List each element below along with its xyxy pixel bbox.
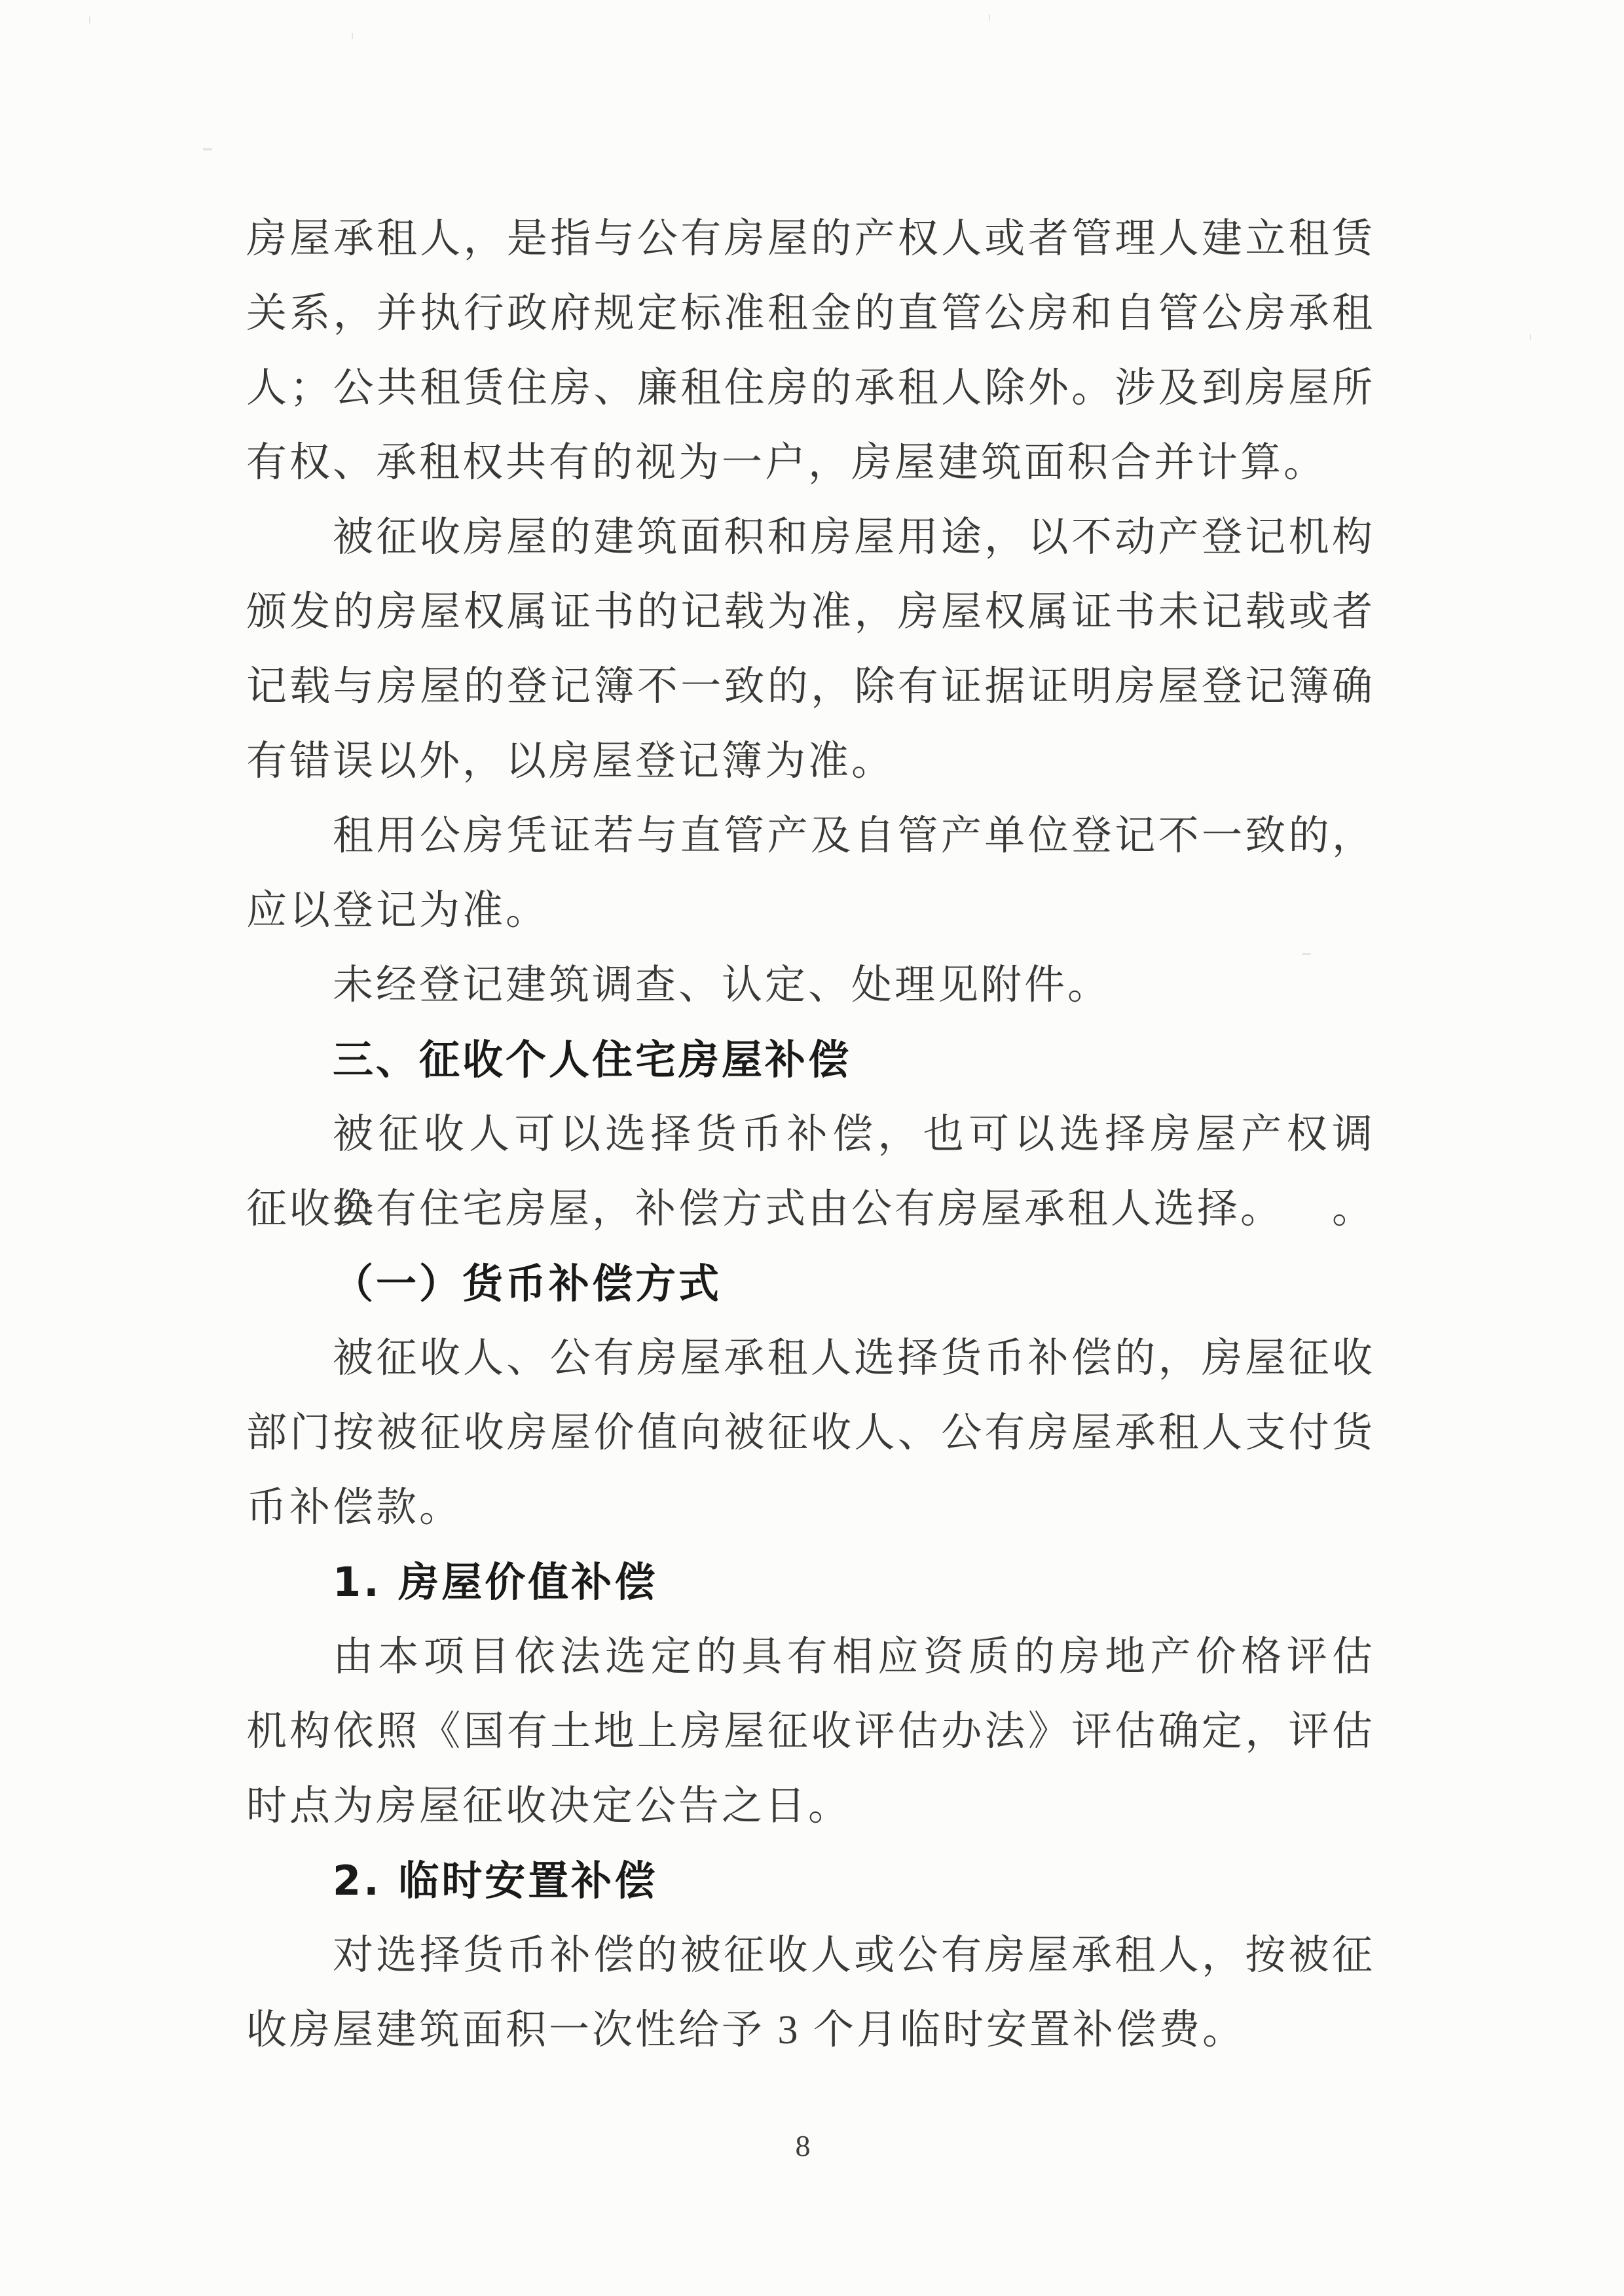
text-line: 对选择货币补偿的被征收人或公有房屋承租人，按被征 (246, 1918, 1375, 1993)
page-number: 8 (0, 2120, 1615, 2172)
scan-speck (89, 16, 90, 24)
scan-speck (1530, 334, 1531, 340)
text-line: 人；公共租赁住房、廉租住房的承租人除外。涉及到房屋所 (246, 351, 1375, 426)
text-line: 租用公房凭证若与直管产及自管产单位登记不一致的， (246, 799, 1375, 873)
text-line: 收房屋建筑面积一次性给予 3 个月临时安置补偿费。 (246, 1993, 1375, 2068)
text-line: 房屋承租人，是指与公有房屋的产权人或者管理人建立租赁 (246, 202, 1375, 276)
text-block: 房屋承租人，是指与公有房屋的产权人或者管理人建立租赁 关系，并执行政府规定标准租… (246, 202, 1375, 2068)
scan-speck (203, 148, 212, 151)
text-line: 记载与房屋的登记簿不一致的，除有证据证明房屋登记簿确 (246, 649, 1375, 724)
heading-house-value-compensation: 1. 房屋价值补偿 (246, 1545, 1375, 1620)
text-line: 部门按被征收房屋价值向被征收人、公有房屋承租人支付货 (246, 1396, 1375, 1470)
text-line: 关系，并执行政府规定标准租金的直管公房和自管公房承租 (246, 276, 1375, 351)
text-line: 币补偿款。 (246, 1470, 1375, 1545)
scan-speck (989, 14, 990, 21)
text-line: 时点为房屋征收决定公告之日。 (246, 1769, 1375, 1844)
text-line: 未经登记建筑调查、认定、处理见附件。 (246, 948, 1375, 1023)
text-line: 由本项目依法选定的具有相应资质的房地产价格评估 (246, 1620, 1375, 1694)
scan-speck (352, 33, 353, 39)
text-line: 被征收房屋的建筑面积和房屋用途，以不动产登记机构 (246, 500, 1375, 575)
heading-temporary-resettlement-compensation: 2. 临时安置补偿 (246, 1844, 1375, 1918)
heading-currency-compensation-method: （一）货币补偿方式 (246, 1247, 1375, 1321)
text-line: 征收公有住宅房屋，补偿方式由公有房屋承租人选择。 (246, 1172, 1375, 1247)
document-page: 房屋承租人，是指与公有房屋的产权人或者管理人建立租赁 关系，并执行政府规定标准租… (0, 0, 1624, 2296)
text-line: 机构依照《国有土地上房屋征收评估办法》评估确定，评估 (246, 1694, 1375, 1769)
text-line: 有权、承租权共有的视为一户，房屋建筑面积合并计算。 (246, 426, 1375, 500)
text-line: 被征收人可以选择货币补偿，也可以选择房屋产权调换。 (246, 1097, 1375, 1172)
text-line: 有错误以外，以房屋登记簿为准。 (246, 724, 1375, 799)
text-line: 应以登记为准。 (246, 873, 1375, 948)
heading-section-three: 三、征收个人住宅房屋补偿 (246, 1023, 1375, 1097)
text-line: 被征收人、公有房屋承租人选择货币补偿的，房屋征收 (246, 1321, 1375, 1396)
text-line: 颁发的房屋权属证书的记载为准，房屋权属证书未记载或者 (246, 575, 1375, 649)
